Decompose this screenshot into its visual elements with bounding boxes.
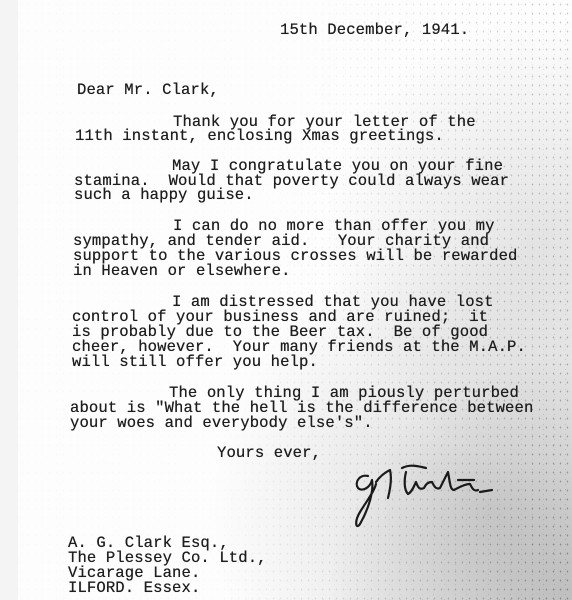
- paragraph-5-line-3: your woes and everybody else's".: [70, 416, 373, 431]
- letter-page: 15th December, 1941. Dear Mr. Clark, Tha…: [18, 0, 572, 600]
- letter-date: 15th December, 1941.: [280, 23, 469, 38]
- paragraph-1-line-2: 11th instant, enclosing Xmas greetings.: [75, 129, 444, 144]
- paragraph-4-line-5: will still offer you help.: [72, 355, 318, 370]
- closing: Yours ever,: [217, 446, 321, 461]
- handwritten-signature-icon: [346, 462, 506, 530]
- salutation: Dear Mr. Clark,: [77, 83, 219, 98]
- recipient-line-4: ILFORD. Essex.: [68, 581, 200, 596]
- paragraph-2-line-3: such a happy guise.: [74, 188, 254, 203]
- paragraph-3-line-4: in Heaven or elsewhere.: [73, 264, 291, 279]
